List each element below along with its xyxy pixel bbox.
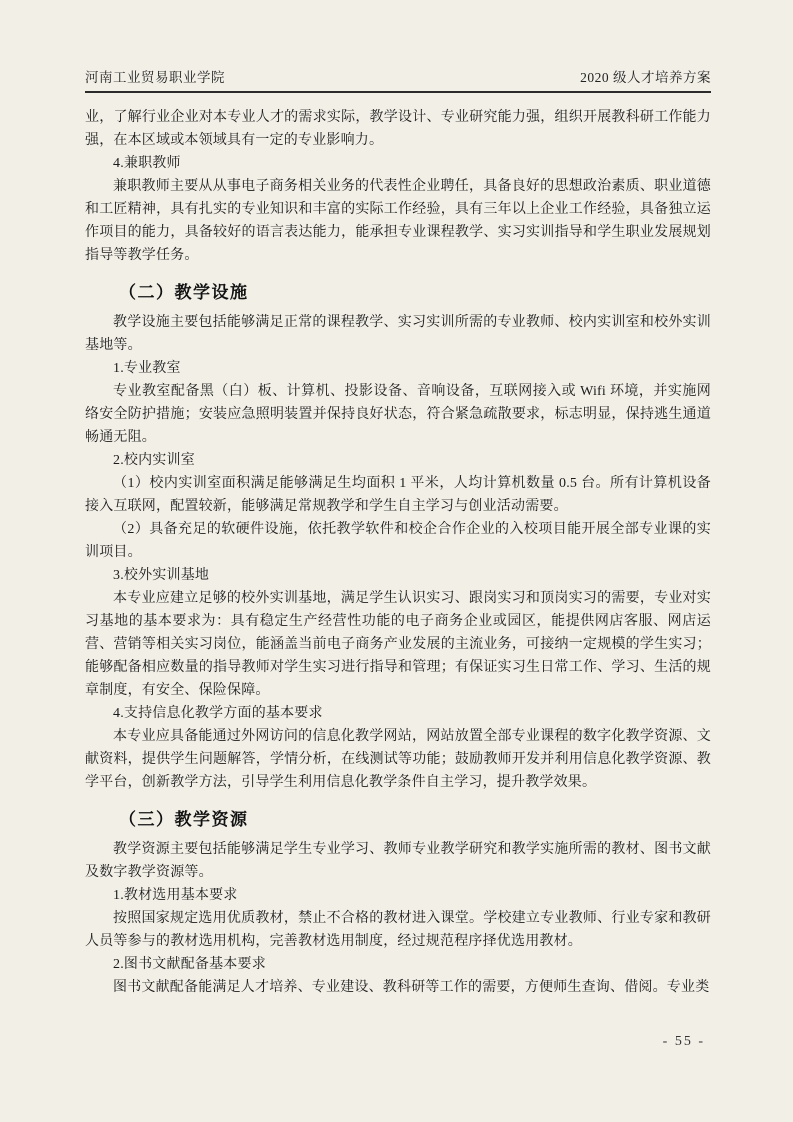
paragraph: （2）具备充足的软硬件设施，依托教学软件和校企合作企业的入校项目能开展全部专业课… [85,518,711,564]
page-content: 河南工业贸易职业学院 2020 级人才培养方案 业，了解行业企业对本专业人才的需… [85,66,711,999]
paragraph: 教学资源主要包括能够满足学生专业学习、教师专业教学研究和教学实施所需的教材、图书… [85,838,711,884]
paragraph-continuation: 业，了解行业企业对本专业人才的需求实际，教学设计、专业研究能力强，组织开展教科研… [85,106,711,152]
document-page: 河南工业贸易职业学院 2020 级人才培养方案 业，了解行业企业对本专业人才的需… [0,0,793,1122]
page-number: - 55 - [663,1034,705,1050]
section-heading: （三）教学资源 [85,808,711,832]
page-header: 河南工业贸易职业学院 2020 级人才培养方案 [85,66,711,93]
list-item-heading: 1.专业教室 [85,357,711,380]
paragraph: 专业教室配备黑（白）板、计算机、投影设备、音响设备，互联网接入或 Wifi 环境… [85,380,711,449]
paragraph: 本专业应具备能通过外网访问的信息化教学网站，网站放置全部专业课程的数字化教学资源… [85,725,711,794]
header-school-name: 河南工业贸易职业学院 [85,66,225,86]
section-heading: （二）教学设施 [85,281,711,305]
document-body: 业，了解行业企业对本专业人才的需求实际，教学设计、专业研究能力强，组织开展教科研… [85,106,711,999]
paragraph: 教学设施主要包括能够满足正常的课程教学、实习实训所需的专业教师、校内实训室和校外… [85,311,711,357]
header-document-title: 2020 级人才培养方案 [580,66,711,86]
paragraph: 本专业应建立足够的校外实训基地，满足学生认识实习、跟岗实习和顶岗实习的需要，专业… [85,587,711,702]
list-item-heading: 2.图书文献配备基本要求 [85,953,711,976]
paragraph: 图书文献配备能满足人才培养、专业建设、教科研等工作的需要，方便师生查询、借阅。专… [85,976,711,999]
paragraph: 兼职教师主要从从事电子商务相关业务的代表性企业聘任，具备良好的思想政治素质、职业… [85,175,711,267]
list-item-heading: 1.教材选用基本要求 [85,884,711,907]
list-item-heading: 2.校内实训室 [85,449,711,472]
list-item-heading: 3.校外实训基地 [85,564,711,587]
list-item-heading: 4.兼职教师 [85,152,711,175]
list-item-heading: 4.支持信息化教学方面的基本要求 [85,702,711,725]
paragraph: 按照国家规定选用优质教材，禁止不合格的教材进入课堂。学校建立专业教师、行业专家和… [85,907,711,953]
paragraph: （1）校内实训室面积满足能够满足生均面积 1 平米，人均计算机数量 0.5 台。… [85,472,711,518]
